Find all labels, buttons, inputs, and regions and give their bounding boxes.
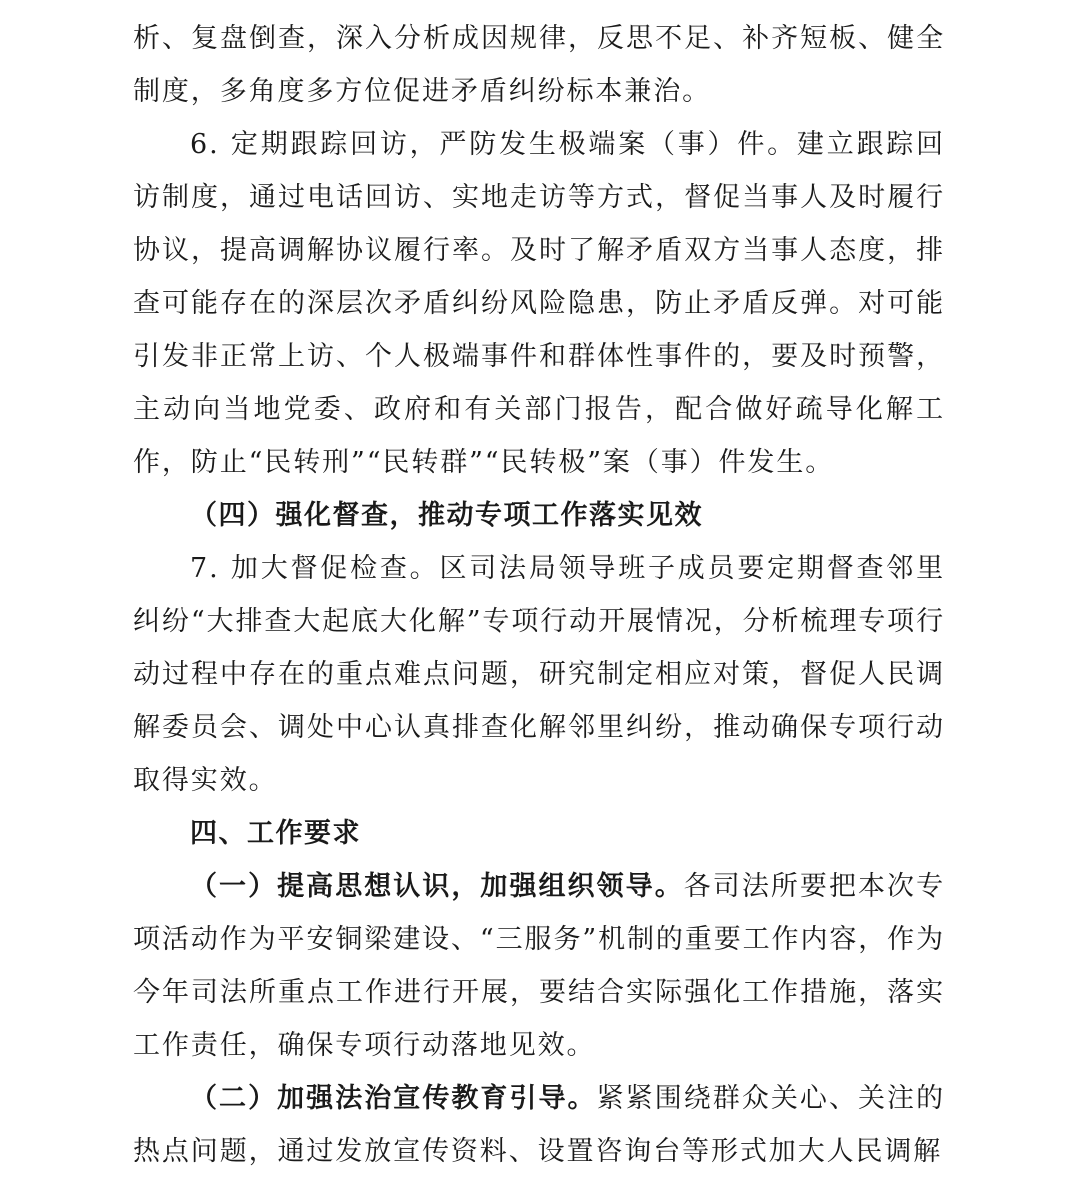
document-page: 析、复盘倒查，深入分析成因规律，反思不足、补齐短板、健全制度，多角度多方位促进矛…	[133, 12, 945, 1178]
requirement-2-lead: （二）加强法治宣传教育引导。	[190, 1083, 597, 1114]
paragraph-requirement-1: （一）提高思想认识，加强组织领导。各司法所要把本次专项活动作为平安铜梁建设、“三…	[133, 860, 945, 1072]
section-heading-work-requirements: 四、工作要求	[133, 807, 945, 860]
paragraph-requirement-2: （二）加强法治宣传教育引导。紧紧围绕群众关心、关注的热点问题，通过发放宣传资料、…	[133, 1072, 945, 1178]
paragraph-continuation: 析、复盘倒查，深入分析成因规律，反思不足、补齐短板、健全制度，多角度多方位促进矛…	[133, 12, 945, 118]
paragraph-item-7: 7. 加大督促检查。区司法局领导班子成员要定期督查邻里纠纷“大排查大起底大化解”…	[133, 542, 945, 807]
requirement-1-lead: （一）提高思想认识，加强组织领导。	[190, 871, 684, 902]
paragraph-item-6: 6. 定期跟踪回访，严防发生极端案（事）件。建立跟踪回访制度，通过电话回访、实地…	[133, 118, 945, 489]
subheading-4: （四）强化督查，推动专项工作落实见效	[133, 489, 945, 542]
